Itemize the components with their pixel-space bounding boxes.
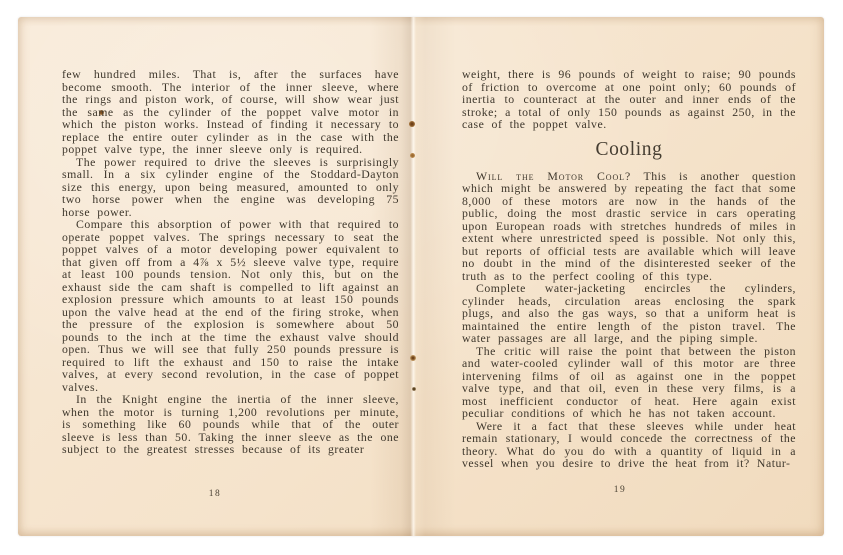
- foxing-spot: [410, 355, 416, 361]
- body-paragraph: Complete water-jacketing encircles the c…: [462, 282, 796, 345]
- body-paragraph: The critic will raise the point that bet…: [462, 345, 796, 420]
- right-page-text-column: weight, there is 96 pounds of weight to …: [462, 68, 796, 482]
- left-page-text-column: few hundred miles. That is, after the su…: [62, 68, 399, 500]
- book-spread: few hundred miles. That is, after the su…: [18, 17, 824, 536]
- foxing-spot: [412, 387, 416, 391]
- paragraph-text: This is another question which might be …: [462, 169, 796, 283]
- foxing-spot: [410, 153, 415, 158]
- page-number-right: 19: [560, 485, 680, 495]
- body-paragraph: Will the Motor Cool? This is another que…: [462, 170, 796, 283]
- body-paragraph: In the Knight engine the inertia of the …: [62, 393, 399, 456]
- body-paragraph: few hundred miles. That is, after the su…: [62, 68, 399, 156]
- foxing-spot: [409, 121, 415, 127]
- body-paragraph: weight, there is 96 pounds of weight to …: [462, 68, 796, 131]
- body-paragraph: The power required to drive the sleeves …: [62, 156, 399, 219]
- body-paragraph: Compare this absorption of power with th…: [62, 218, 399, 393]
- body-paragraph: Were it a fact that these sleeves while …: [462, 420, 796, 470]
- page-number-left: 18: [155, 489, 275, 499]
- section-heading-cooling: Cooling: [462, 139, 796, 161]
